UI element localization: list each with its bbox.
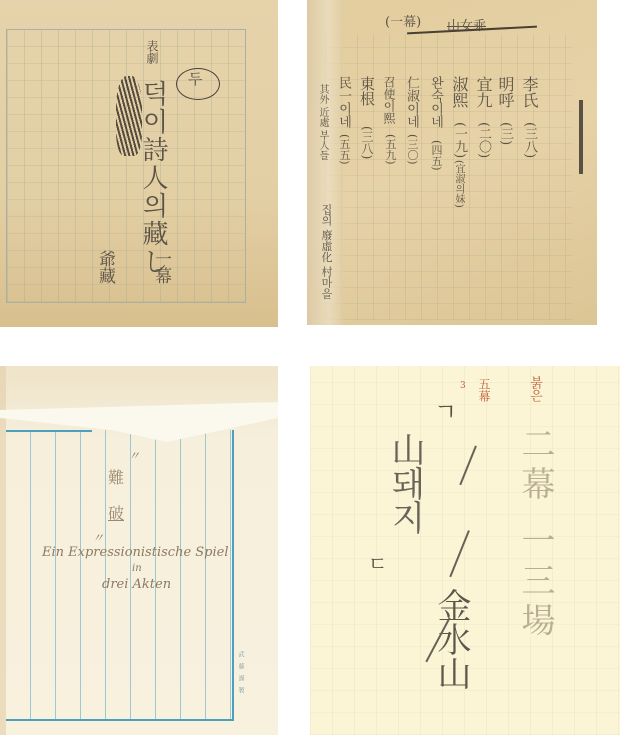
title-char-2: 破 [108, 506, 124, 522]
manuscript-page-bottom-left: 〃 難 破 〃 Ein Expressionistische Spiel in … [0, 366, 278, 735]
header-struck: (一幕) [385, 16, 421, 29]
cast-name-6: 仁淑이네 [405, 76, 418, 128]
cast-name-1: 李氏 [521, 76, 537, 108]
cast-age-3: (二〇) [477, 122, 490, 158]
cast-name-5: 완숙이네 [429, 76, 442, 128]
signature: 爺藏 [96, 250, 113, 284]
pencil-slash-2 [449, 530, 469, 577]
ditto-mark-1: 〃 [128, 450, 140, 462]
cast-age-8: (三八) [361, 126, 373, 159]
cast-age-9: (五五) [339, 134, 350, 165]
ditto-mark-2: 〃 [92, 532, 104, 544]
cast-name-3: 宜九 [475, 76, 491, 108]
manuscript-page-bottom-right: 五幕 3 붉은 ㄱ 山돼지 ㄷ 金水山 二幕 一三場 [310, 366, 620, 735]
subtitle-line-2: in [132, 564, 142, 574]
red-note-left: 五幕 [478, 378, 490, 402]
cast-age-7: (五九) [385, 134, 396, 165]
act-note: 一幕 [152, 250, 169, 284]
printer-mark: 武藤謹製 [236, 651, 245, 699]
pencil-slash-1 [459, 446, 476, 486]
bracket-mark-1: ㄱ [434, 400, 457, 424]
red-note-right: 붉은 [528, 376, 541, 402]
cast-age-2: (三) [499, 122, 512, 145]
manuscript-page-top-left: 表劇 두 덕이詩人의藏し 一幕 爺藏 [0, 0, 278, 327]
cast-age-5: (四五) [431, 140, 442, 171]
cast-age-6: (三〇) [407, 134, 418, 165]
subtitle-line-1: Ein Expressionistische Spiel [42, 546, 229, 559]
title-char-1: 難 [108, 470, 124, 486]
frame-top-line [6, 430, 92, 432]
title-vertical: 덕이詩人의藏し [140, 80, 166, 276]
faint-erased-column: 二幕 一三場 [518, 426, 552, 643]
subtitle-line-3: drei Akten [102, 578, 171, 591]
cast-name-2: 明呼 [497, 76, 513, 108]
binding-mark [579, 100, 583, 174]
red-note-small: 3 [460, 382, 466, 391]
main-title-column: 山돼지 [388, 432, 422, 534]
cast-name-4: 淑熙 [451, 76, 467, 108]
bracket-mark-2: ㄷ [368, 554, 387, 574]
cast-age-4: (一九) [453, 122, 466, 158]
annotation-top: 表劇 [146, 40, 158, 64]
cast-note-4: (宜淑의妹) [453, 160, 463, 208]
circled-note: 두 [188, 72, 203, 87]
cast-age-1: (三八) [523, 122, 536, 158]
cast-name-8: 東根 [359, 76, 374, 106]
character-name-column: 金水山 [434, 588, 468, 690]
manuscript-page-top-right: (一幕) 山女乘 李氏 (三八) 明呼 (三) 宜九 (二〇) 淑熙 (一九) … [307, 0, 597, 325]
cast-name-7: 召使이熙 [383, 76, 395, 124]
left-margin-bottom: 집의 廢虛化 村마을 [321, 204, 332, 299]
left-margin-top: 其外 近處 부人들 [317, 84, 327, 160]
cast-name-9: 民一이네 [337, 76, 350, 128]
